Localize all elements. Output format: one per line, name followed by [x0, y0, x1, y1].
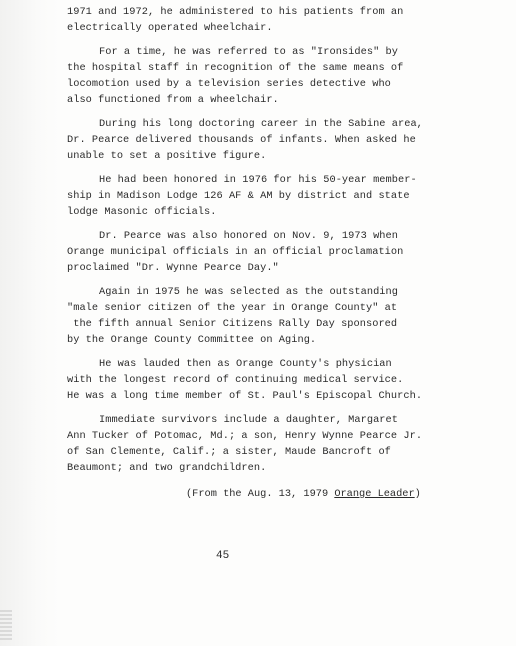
paragraph-gap: [67, 36, 467, 44]
text-line: Dr. Pearce was also honored on Nov. 9, 1…: [67, 228, 467, 244]
citation-prefix: (From the Aug. 13, 1979: [186, 488, 334, 500]
publication-title: Orange Leader: [334, 488, 414, 500]
citation-suffix: ): [415, 488, 421, 500]
paragraph: Immediate survivors include a daughter, …: [67, 412, 467, 476]
text-line: For a time, he was referred to as "Irons…: [67, 44, 467, 60]
paragraph-gap: [67, 404, 467, 412]
text-line: Beaumont; and two grandchildren.: [67, 460, 467, 476]
scan-margin-mark: [0, 610, 12, 640]
source-citation: (From the Aug. 13, 1979 Orange Leader): [186, 488, 421, 500]
document-page: 1971 and 1972, he administered to his pa…: [0, 0, 516, 646]
text-line: electrically operated wheelchair.: [67, 20, 467, 36]
body-text: 1971 and 1972, he administered to his pa…: [67, 4, 467, 476]
text-line: by the Orange County Committee on Aging.: [67, 332, 467, 348]
paragraph: During his long doctoring career in the …: [67, 116, 467, 164]
text-line: the hospital staff in recognition of the…: [67, 60, 467, 76]
text-line: of San Clemente, Calif.; a sister, Maude…: [67, 444, 467, 460]
text-line: also functioned from a wheelchair.: [67, 92, 467, 108]
text-line: unable to set a positive figure.: [67, 148, 467, 164]
text-line: He was a long time member of St. Paul's …: [67, 388, 467, 404]
text-line: locomotion used by a television series d…: [67, 76, 467, 92]
text-line: lodge Masonic officials.: [67, 204, 467, 220]
paragraph: Again in 1975 he was selected as the out…: [67, 284, 467, 348]
paragraph: Dr. Pearce was also honored on Nov. 9, 1…: [67, 228, 467, 276]
text-line: Orange municipal officials in an officia…: [67, 244, 467, 260]
paragraph-gap: [67, 276, 467, 284]
text-line: Again in 1975 he was selected as the out…: [67, 284, 467, 300]
page-number: 45: [216, 550, 229, 562]
paragraph: He was lauded then as Orange County's ph…: [67, 356, 467, 404]
text-line: Dr. Pearce delivered thousands of infant…: [67, 132, 467, 148]
text-line: the fifth annual Senior Citizens Rally D…: [67, 316, 467, 332]
scan-edge-shadow: [0, 0, 60, 646]
text-line: proclaimed "Dr. Wynne Pearce Day.": [67, 260, 467, 276]
paragraph-gap: [67, 164, 467, 172]
paragraph: For a time, he was referred to as "Irons…: [67, 44, 467, 108]
text-line: ship in Madison Lodge 126 AF & AM by dis…: [67, 188, 467, 204]
text-line: Immediate survivors include a daughter, …: [67, 412, 467, 428]
text-line: "male senior citizen of the year in Oran…: [67, 300, 467, 316]
text-line: with the longest record of continuing me…: [67, 372, 467, 388]
paragraph-gap: [67, 348, 467, 356]
paragraph-gap: [67, 220, 467, 228]
paragraph: He had been honored in 1976 for his 50-y…: [67, 172, 467, 220]
text-line: 1971 and 1972, he administered to his pa…: [67, 4, 467, 20]
text-line: He was lauded then as Orange County's ph…: [67, 356, 467, 372]
paragraph-gap: [67, 108, 467, 116]
text-line: Ann Tucker of Potomac, Md.; a son, Henry…: [67, 428, 467, 444]
paragraph: 1971 and 1972, he administered to his pa…: [67, 4, 467, 36]
text-line: He had been honored in 1976 for his 50-y…: [67, 172, 467, 188]
text-line: During his long doctoring career in the …: [67, 116, 467, 132]
